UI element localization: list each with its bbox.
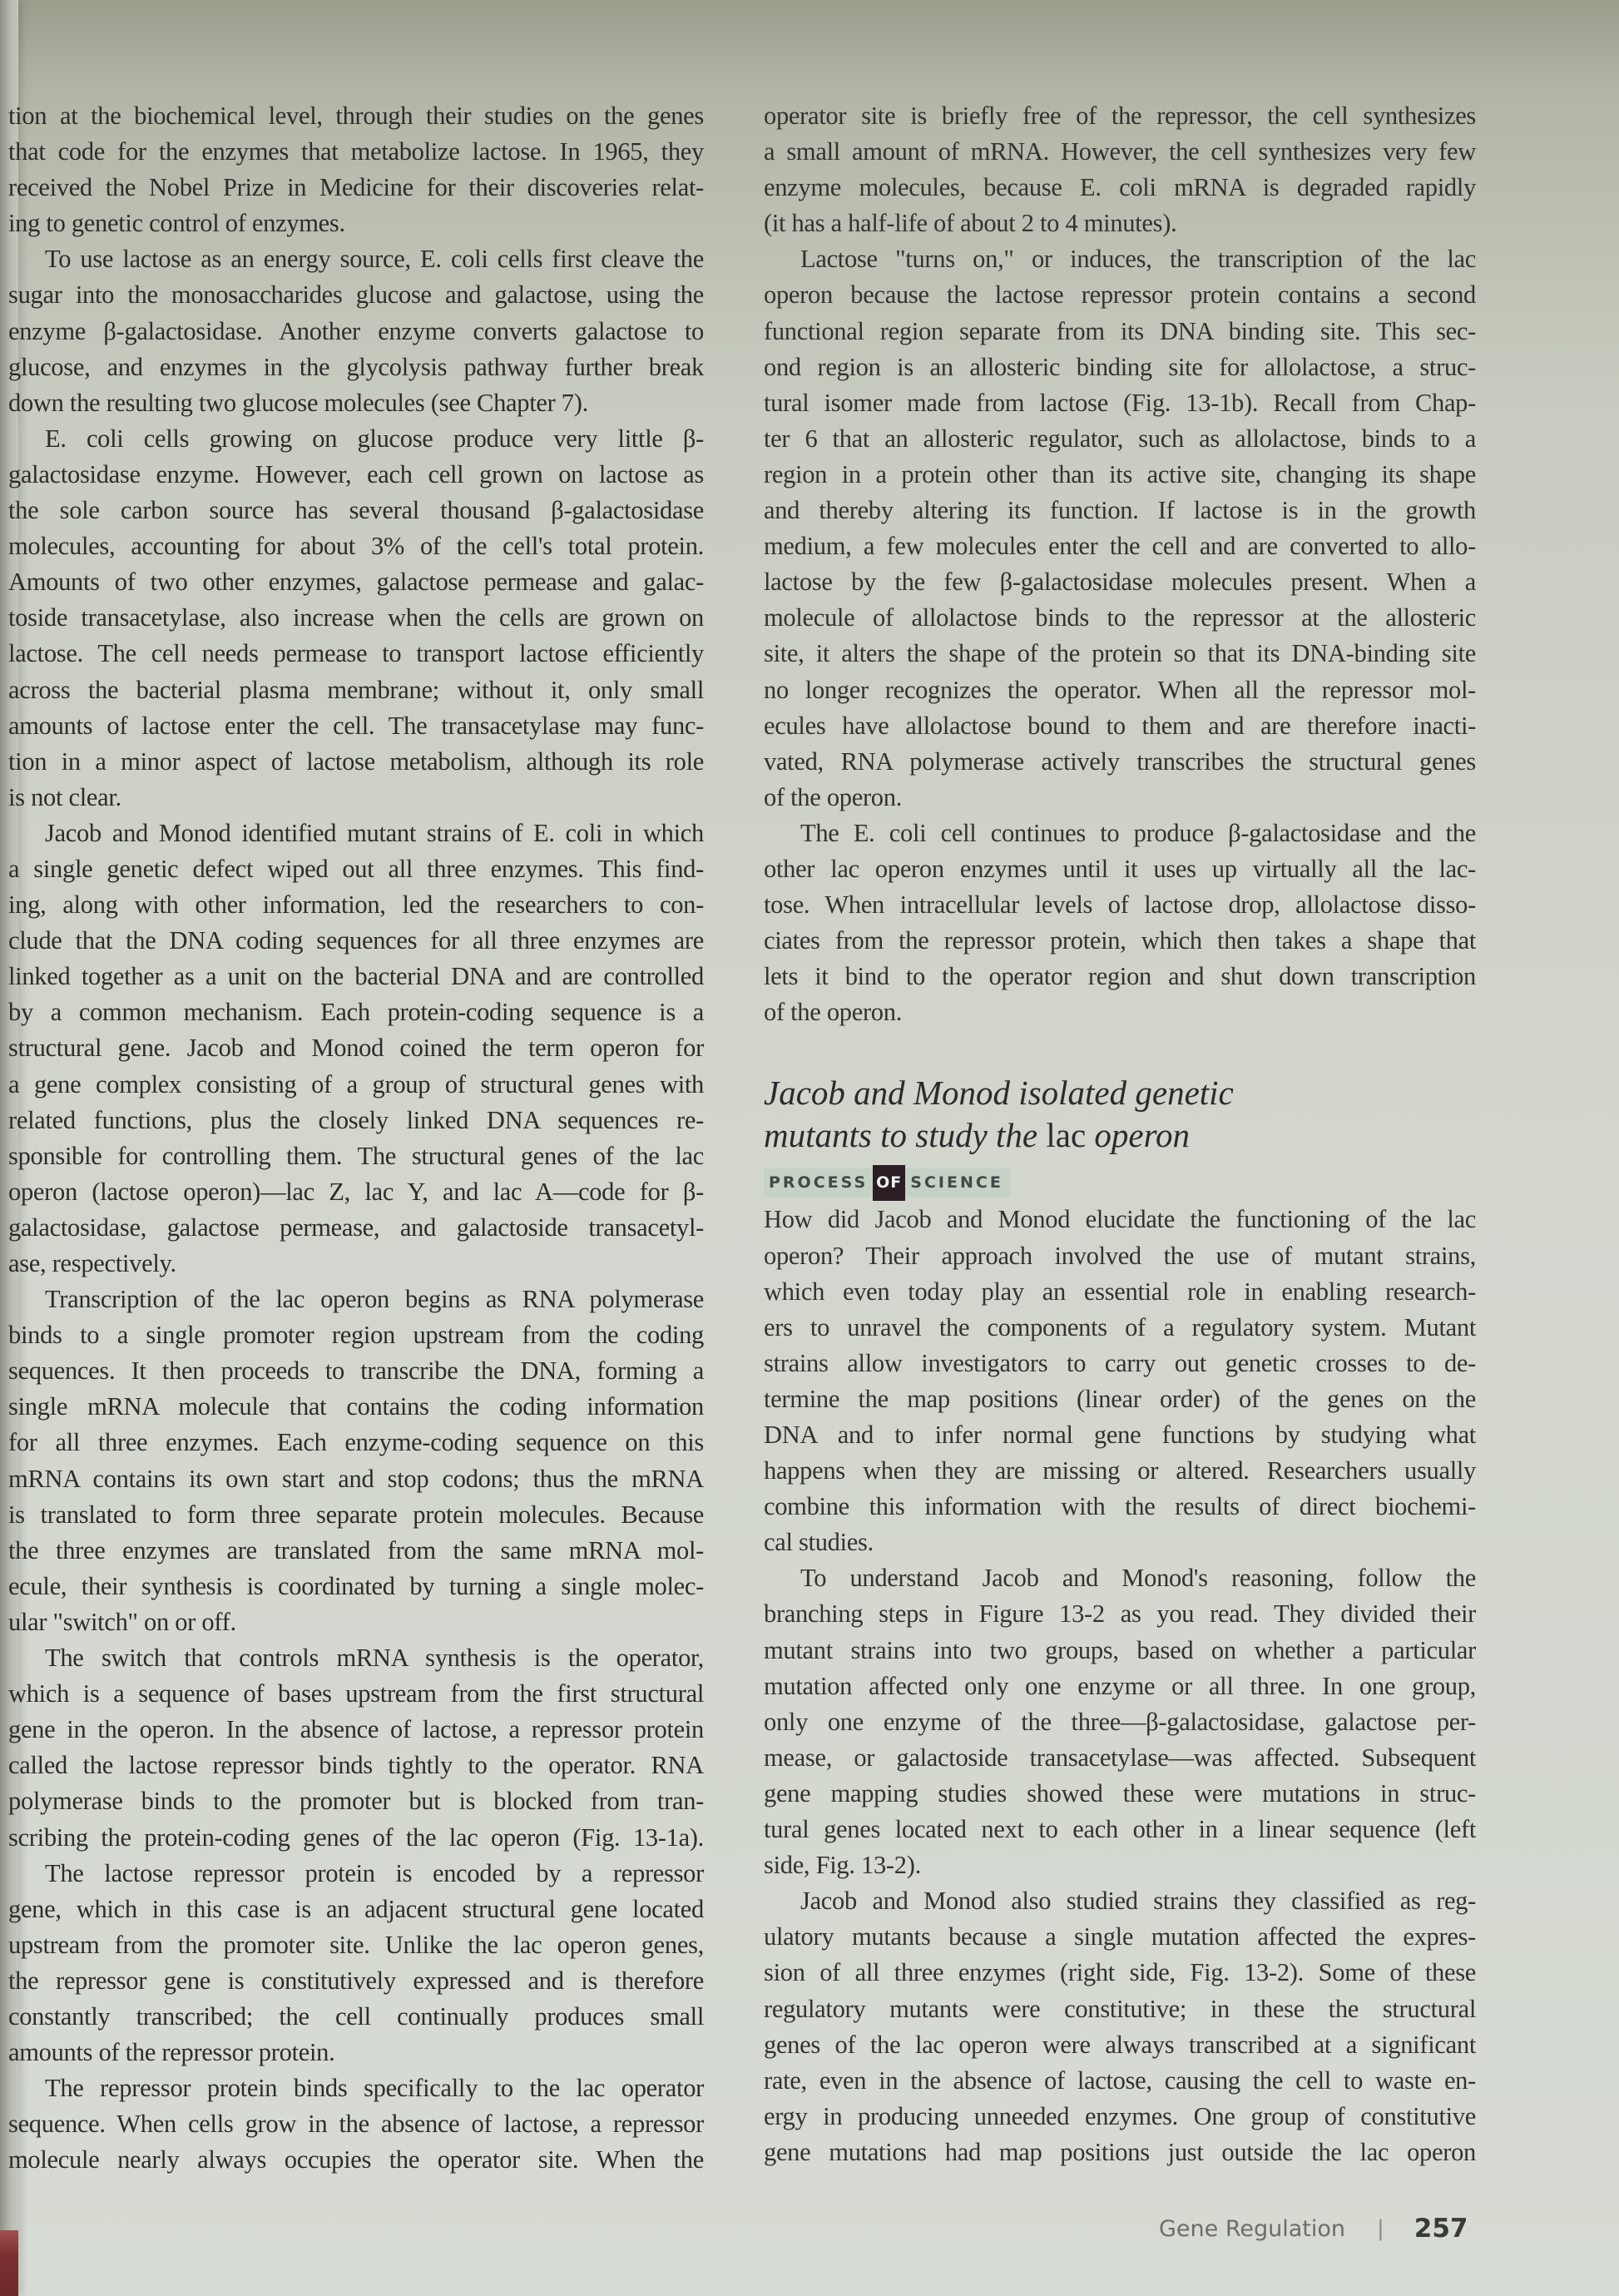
text-line: ecule, their synthesis is coordinated by…: [8, 1569, 704, 1604]
text-line: constantly transcribed; the cell continu…: [8, 1999, 704, 2035]
heading-gene-name: lac: [1046, 1116, 1086, 1154]
page-number: 257: [1414, 2214, 1468, 2244]
badge-text-of: OF: [873, 1165, 905, 1201]
text-line: toside transacetylase, also increase whe…: [8, 600, 704, 636]
text-line: rate, even in the absence of lactose, ca…: [764, 2063, 1476, 2099]
text-line: glucose, and enzymes in the glycolysis p…: [8, 350, 704, 385]
text-line: sponsible for controlling them. The stru…: [8, 1138, 704, 1174]
text-line: functional region separate from its DNA …: [764, 314, 1476, 350]
text-line: genes of the lac operon were always tran…: [764, 2027, 1476, 2063]
text-line: sequence. When cells grow in the absence…: [8, 2106, 704, 2142]
left-text-column: tion at the biochemical level, through t…: [8, 98, 704, 2178]
text-line: combine this information with the result…: [764, 1489, 1476, 1525]
text-line: tose. When intracellular levels of lacto…: [764, 887, 1476, 923]
text-line: mutation affected only one enzyme or all…: [764, 1669, 1476, 1704]
text-line: that code for the enzymes that metaboliz…: [8, 134, 704, 170]
text-line: tion at the biochemical level, through t…: [8, 98, 704, 134]
text-line: sugar into the monosaccharides glucose a…: [8, 277, 704, 313]
text-line: no longer recognizes the operator. When …: [764, 672, 1476, 708]
text-line: of the operon.: [764, 780, 1476, 816]
text-line: lactose. The cell needs permease to tran…: [8, 636, 704, 672]
text-line: ular "switch" on or off.: [8, 1604, 704, 1640]
paragraph-start: The lactose repressor protein is encoded…: [8, 1856, 704, 1892]
text-line: which even today play an essential role …: [764, 1274, 1476, 1310]
text-line: ulatory mutants because a single mutatio…: [764, 1919, 1476, 1955]
text-line: ing to genetic control of enzymes.: [8, 206, 704, 241]
text-line: only one enzyme of the three—β-galactosi…: [764, 1704, 1476, 1740]
paragraph-start: Jacob and Monod also studied strains the…: [764, 1883, 1476, 1919]
text-line: vated, RNA polymerase actively transcrib…: [764, 744, 1476, 780]
text-line: gene mutations had map positions just ou…: [764, 2135, 1476, 2170]
text-line: gene mapping studies showed these were m…: [764, 1776, 1476, 1812]
text-line: related functions, plus the closely link…: [8, 1103, 704, 1138]
text-line: site, it alters the shape of the protein…: [764, 636, 1476, 672]
badge-text-science: SCIENCE: [910, 1165, 1003, 1201]
text-line: received the Nobel Prize in Medicine for…: [8, 170, 704, 206]
text-line: polymerase binds to the promoter but is …: [8, 1783, 704, 1819]
paragraph-start: To understand Jacob and Monod's reasonin…: [764, 1560, 1476, 1596]
text-line: mease, or galactoside transacetylase—was…: [764, 1740, 1476, 1776]
text-line: the sole carbon source has several thous…: [8, 493, 704, 528]
text-line: molecule of allolactose binds to the rep…: [764, 600, 1476, 636]
text-line: a gene complex consisting of a group of …: [8, 1067, 704, 1103]
section-heading-line-1: Jacob and Monod isolated genetic: [764, 1072, 1476, 1114]
text-line: operator site is briefly free of the rep…: [764, 98, 1476, 134]
text-line-with-key-term: called the lactose repressor binds tight…: [8, 1748, 704, 1783]
text-line: cal studies.: [764, 1525, 1476, 1560]
text-line: (it has a half-life of about 2 to 4 minu…: [764, 206, 1476, 241]
text-line: ergy in producing unneeded enzymes. One …: [764, 2099, 1476, 2135]
text-line: for all three enzymes. Each enzyme-codin…: [8, 1425, 704, 1460]
text-line: happens when they are missing or altered…: [764, 1453, 1476, 1489]
text-line: tion in a minor aspect of lactose metabo…: [8, 744, 704, 780]
section-heading-line-2: mutants to study the lac operon: [764, 1114, 1476, 1157]
text-line: linked together as a unit on the bacteri…: [8, 959, 704, 994]
text-line: molecule nearly always occupies the oper…: [8, 2142, 704, 2178]
text-line: which is a sequence of bases upstream fr…: [8, 1676, 704, 1712]
section-heading: Jacob and Monod isolated genetic mutants…: [764, 1072, 1476, 1157]
text-line: ing, along with other information, led t…: [8, 887, 704, 923]
paragraph-start: The repressor protein binds specifically…: [8, 2070, 704, 2106]
text-line: termine the map positions (linear order)…: [764, 1381, 1476, 1417]
text-line-with-key-term: ter 6 that an allosteric regulator, such…: [764, 421, 1476, 457]
text-line: region in a protein other than its activ…: [764, 457, 1476, 493]
text-line: enzyme β-galactosidase. Another enzyme c…: [8, 314, 704, 350]
text-line: operon? Their approach involved the use …: [764, 1238, 1476, 1274]
text-line: Amounts of two other enzymes, galactose …: [8, 564, 704, 600]
text-line: other lac operon enzymes until it uses u…: [764, 851, 1476, 887]
text-line: lactose by the few β-galactosidase molec…: [764, 564, 1476, 600]
book-cover-edge: [0, 2230, 18, 2296]
running-footer-chapter: Gene Regulation: [1159, 2216, 1345, 2242]
text-line: and thereby altering its function. If la…: [764, 493, 1476, 528]
text-line: ond region is an allosteric binding site…: [764, 350, 1476, 385]
text-line: tural genes located next to each other i…: [764, 1812, 1476, 1847]
text-line: DNA and to infer normal gene functions b…: [764, 1417, 1476, 1453]
text-line: the repressor gene is constitutively exp…: [8, 1963, 704, 1999]
text-line: ers to unravel the components of a regul…: [764, 1310, 1476, 1346]
text-line: is not clear.: [8, 780, 704, 816]
text-line: a small amount of mRNA. However, the cel…: [764, 134, 1476, 170]
text-line: operon (lactose operon)—lac Z, lac Y, an…: [8, 1174, 704, 1210]
heading-text: mutants to study the: [764, 1116, 1046, 1154]
text-line: upstream from the promoter site. Unlike …: [8, 1927, 704, 1963]
footer-separator: |: [1377, 2216, 1384, 2241]
text-line: ase, respectively.: [8, 1246, 704, 1282]
text-line: of the operon.: [764, 994, 1476, 1030]
paragraph-start: E. coli cells growing on glucose produce…: [8, 421, 704, 457]
text-line: is translated to form three separate pro…: [8, 1497, 704, 1533]
text-line: regulatory mutants were constitutive; in…: [764, 1991, 1476, 2027]
text-line-with-key-term: binds to a single promoter region upstre…: [8, 1317, 704, 1353]
badge-text-process: PROCESS: [769, 1165, 868, 1201]
paragraph-start: Transcription of the lac operon begins a…: [8, 1282, 704, 1317]
paragraph-start: Lactose "turns on," or induces, the tran…: [764, 241, 1476, 277]
text-line-with-key-term: gene in the operon. In the absence of la…: [8, 1712, 704, 1748]
text-line: enzyme molecules, because E. coli mRNA i…: [764, 170, 1476, 206]
paragraph-start: To use lactose as an energy source, E. c…: [8, 241, 704, 277]
text-line: operon because the lactose repressor pro…: [764, 277, 1476, 313]
text-line: amounts of the repressor protein.: [8, 2035, 704, 2070]
text-line: molecules, accounting for about 3% of th…: [8, 528, 704, 564]
text-line: scribing the protein-coding genes of the…: [8, 1820, 704, 1856]
text-line: sequences. It then proceeds to transcrib…: [8, 1353, 704, 1389]
paragraph-start: Jacob and Monod identified mutant strain…: [8, 816, 704, 851]
text-line: by a common mechanism. Each protein-codi…: [8, 994, 704, 1030]
text-line: tural isomer made from lactose (Fig. 13-…: [764, 385, 1476, 421]
text-line: single mRNA molecule that contains the c…: [8, 1389, 704, 1425]
text-line: down the resulting two glucose molecules…: [8, 385, 704, 421]
text-line: the three enzymes are translated from th…: [8, 1533, 704, 1569]
text-line: a single genetic defect wiped out all th…: [8, 851, 704, 887]
text-line: across the bacterial plasma membrane; wi…: [8, 672, 704, 708]
text-line: ecules have allolactose bound to them an…: [764, 708, 1476, 744]
text-line: How did Jacob and Monod elucidate the fu…: [764, 1202, 1476, 1237]
text-line: sion of all three enzymes (right side, F…: [764, 1955, 1476, 1991]
paragraph-start: The E. coli cell continues to produce β-…: [764, 816, 1476, 851]
process-of-science-badge: PROCESS OF SCIENCE: [764, 1168, 1010, 1197]
text-line: galactosidase, galactose permease, and g…: [8, 1210, 704, 1246]
text-line: amounts of lactose enter the cell. The t…: [8, 708, 704, 744]
text-line: mutant strains into two groups, based on…: [764, 1633, 1476, 1669]
right-text-column: operator site is briefly free of the rep…: [764, 98, 1476, 2170]
paragraph-start: The switch that controls mRNA synthesis …: [8, 1640, 704, 1676]
text-line: strains allow investigators to carry out…: [764, 1346, 1476, 1381]
text-line: clude that the DNA coding sequences for …: [8, 923, 704, 959]
text-line: mRNA contains its own start and stop cod…: [8, 1461, 704, 1497]
text-line-with-key-terms: structural gene. Jacob and Monod coined …: [8, 1030, 704, 1066]
text-line: branching steps in Figure 13-2 as you re…: [764, 1596, 1476, 1632]
text-line: medium, a few molecules enter the cell a…: [764, 528, 1476, 564]
text-line: ciates from the repressor protein, which…: [764, 923, 1476, 959]
heading-text: operon: [1086, 1116, 1190, 1154]
text-line: lets it bind to the operator region and …: [764, 959, 1476, 994]
text-line: galactosidase enzyme. However, each cell…: [8, 457, 704, 493]
page-footer: Gene Regulation | 257: [1159, 2214, 1468, 2244]
text-line: side, Fig. 13-2).: [764, 1847, 1476, 1883]
text-line: gene, which in this case is an adjacent …: [8, 1892, 704, 1927]
